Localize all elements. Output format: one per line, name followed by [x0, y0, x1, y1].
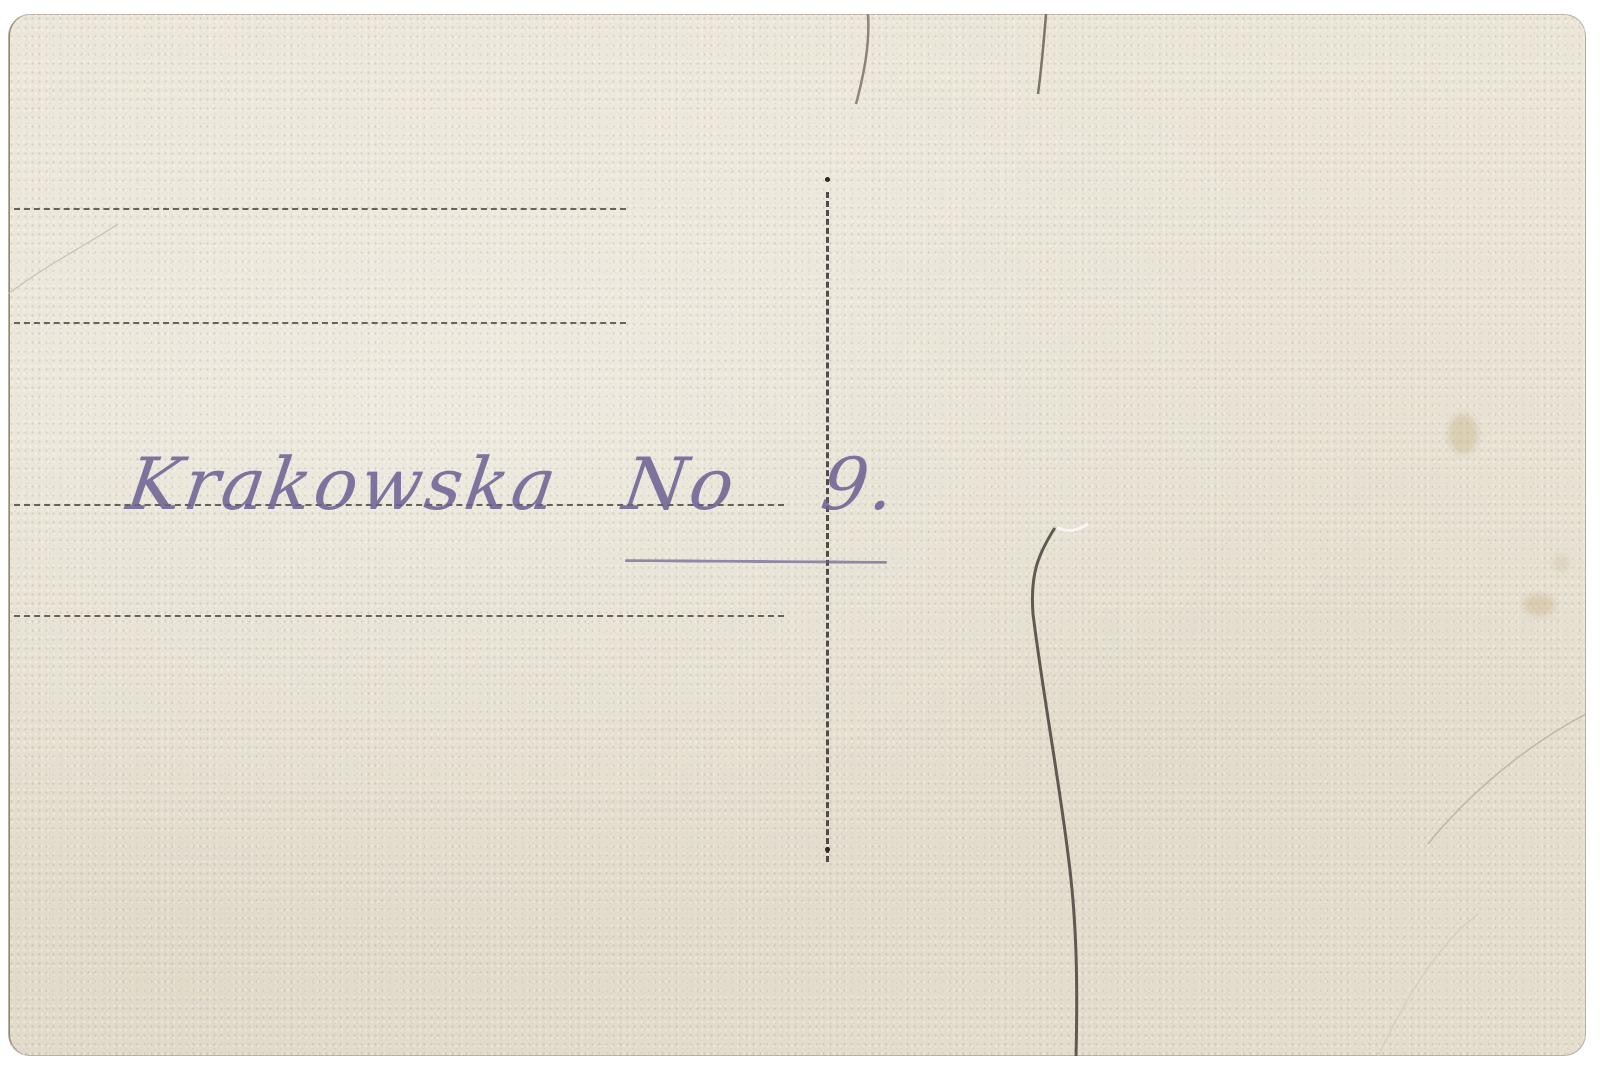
handwritten-address: Krakowska No 9.: [122, 442, 903, 526]
street-name: Krakowska: [122, 442, 564, 526]
number-label: No: [618, 442, 742, 526]
house-number: 9.: [816, 442, 903, 526]
postcard-back: Krakowska No 9.: [8, 14, 1586, 1056]
